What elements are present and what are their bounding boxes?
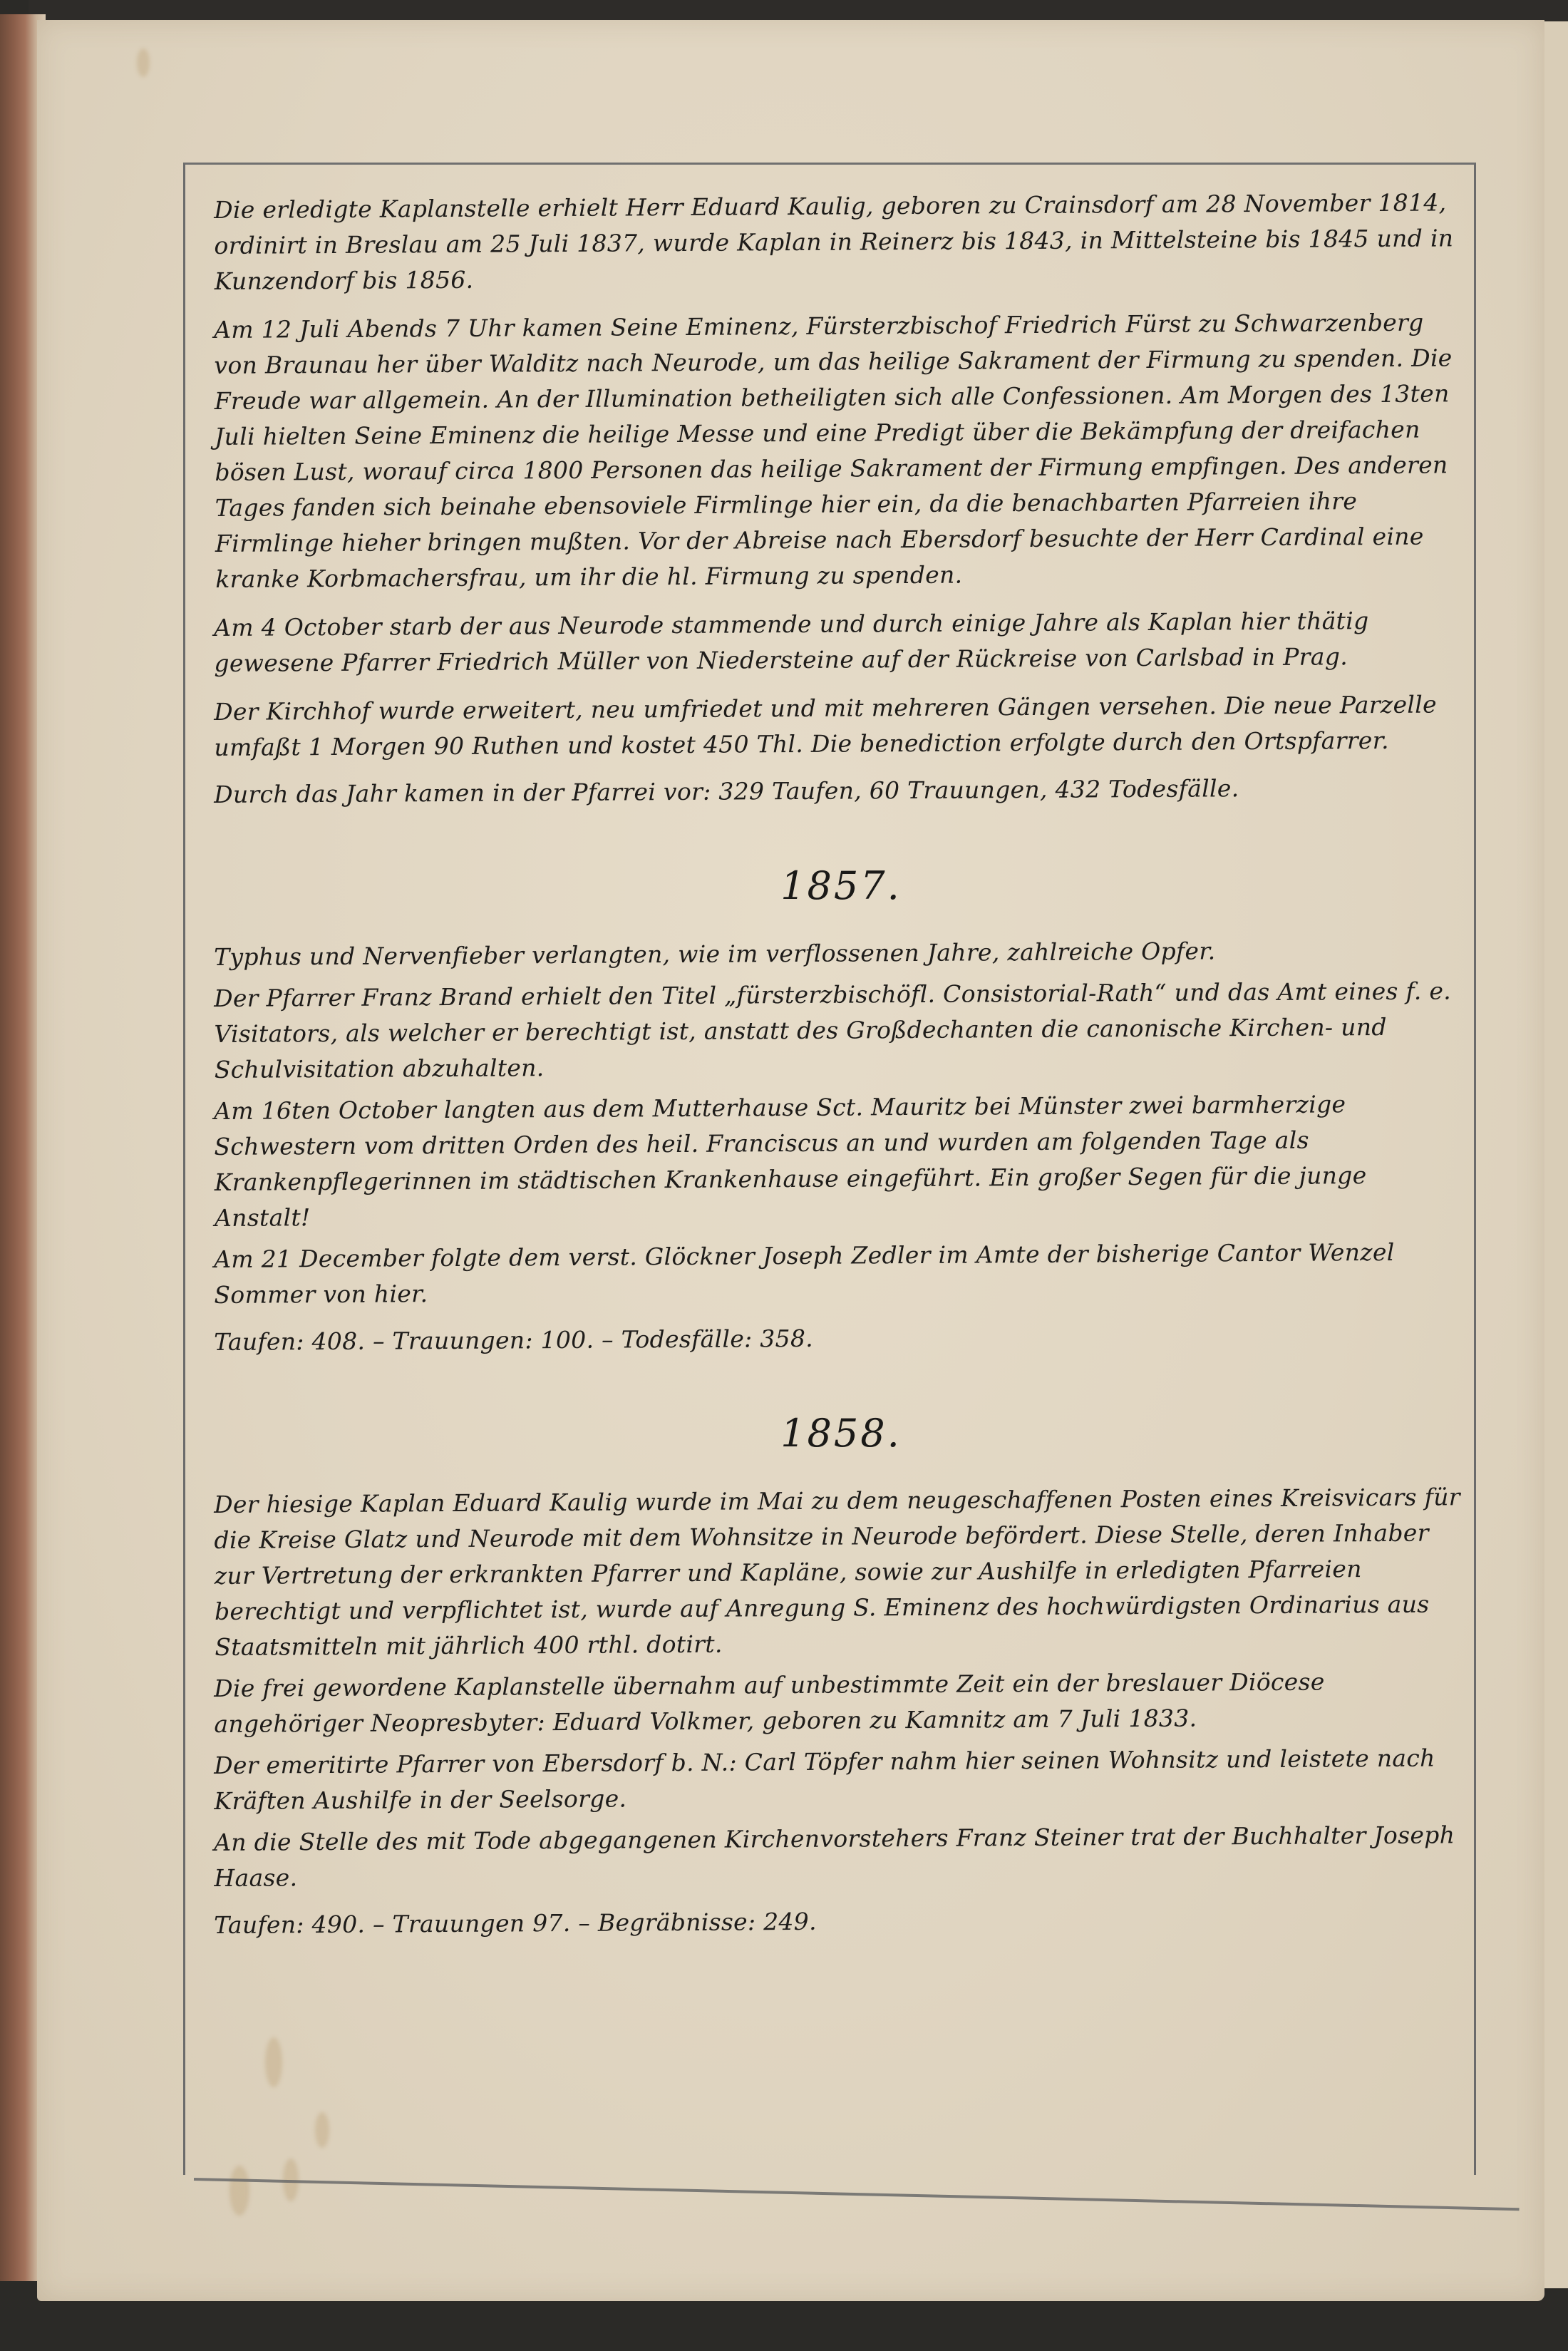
section-1857: 1857. Typhus und Nervenfieber verlangten… (214, 868, 1468, 1360)
paragraph-chaplain-kaulig: Die erledigte Kaplanstelle erhielt Herr … (214, 185, 1469, 299)
paragraph-volkmer: Die frei gewordene Kaplanstelle übernahm… (214, 1663, 1469, 1742)
yearly-statistics-1858: Taufen: 490. – Trauungen 97. – Begräbnis… (214, 1900, 1468, 1943)
paragraph-death-mueller: Am 4 October starb der aus Neurode stamm… (214, 602, 1469, 681)
yearly-statistics-1857: Taufen: 408. – Trauungen: 100. – Todesfä… (214, 1317, 1468, 1360)
paragraph-sisters: Am 16ten October langten aus dem Mutterh… (214, 1086, 1469, 1236)
section-1858: 1858. Der hiesige Kaplan Eduard Kaulig w… (214, 1416, 1468, 1943)
foxing-stain (137, 48, 150, 77)
paragraph-haase: An die Stelle des mit Tode abgegangenen … (214, 1817, 1469, 1896)
paragraph-cemetery: Der Kirchhof wurde erweitert, neu umfrie… (214, 686, 1469, 766)
paragraph-kreisvicar: Der hiesige Kaplan Eduard Kaulig wurde i… (214, 1479, 1469, 1665)
book-cover-top (29, 0, 1568, 21)
paragraph-typhus: Typhus und Nervenfieber verlangten, wie … (214, 932, 1468, 975)
next-page-edge (1543, 21, 1568, 2288)
section-1856: Die erledigte Kaplanstelle erhielt Herr … (214, 192, 1468, 813)
yearly-statistics-1856: Durch das Jahr kamen in der Pfarrei vor:… (214, 769, 1468, 813)
paragraph-cardinal-visit: Am 12 Juli Abends 7 Uhr kamen Seine Emin… (214, 304, 1470, 597)
paragraph-toepfer: Der emeritirte Pfarrer von Ebersdorf b. … (214, 1740, 1469, 1819)
paragraph-pfarrer-brand: Der Pfarrer Franz Brand erhielt den Tite… (214, 973, 1469, 1088)
year-heading-1858: 1858. (214, 1416, 1468, 1451)
chronicle-text: Die erledigte Kaplanstelle erhielt Herr … (214, 192, 1468, 1943)
year-heading-1857: 1857. (214, 868, 1468, 904)
paragraph-bellringer: Am 21 December folgte dem verst. Glöckne… (214, 1234, 1469, 1313)
